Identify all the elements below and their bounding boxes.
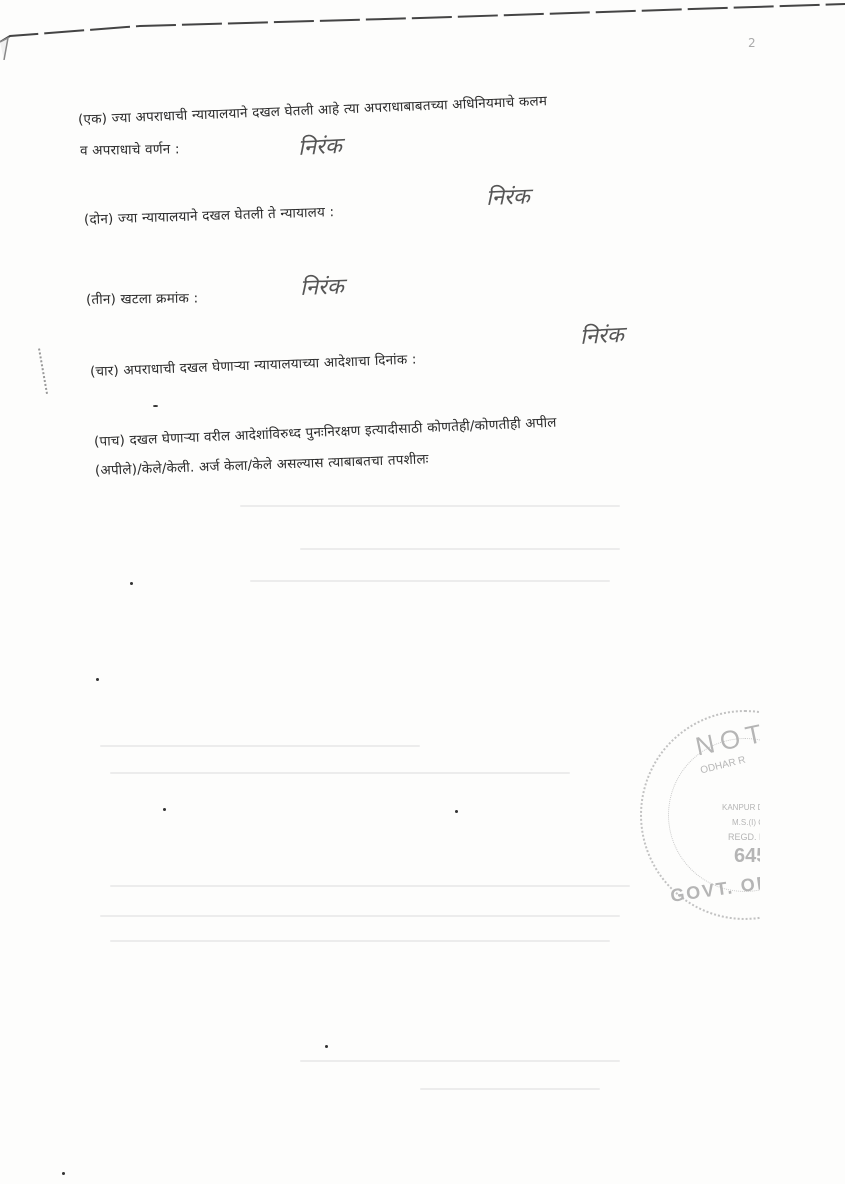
notary-stamp: NOTA ODHAR R KANPUR DI M.S.(I) Q REGD. N… [640,710,845,920]
item-3-line: (तीन) खटला क्रमांक : [86,288,199,308]
item-4-handwritten-answer: निरंक [579,319,624,351]
item-2-label: ज्या न्यायालयाने दखल घेतली ते न्यायालय : [118,204,335,227]
scan-speck [163,808,166,811]
item-4-line: (चार) अपराधाची दखल घेणाऱ्या न्यायालयाच्य… [90,349,417,380]
stamp-crop-edge [760,710,845,920]
item-5-label-continued: (अपीले)/केले/केली. अर्ज केला/केले असल्या… [95,451,429,479]
item-3-label: खटला क्रमांक : [120,290,198,307]
item-4-label: अपराधाची दखल घेणाऱ्या न्यायालयाच्या आदेश… [123,351,417,378]
bleed-through-line [100,915,620,917]
item-1-label-continued: व अपराधाचे वर्णन : [80,141,180,159]
bleed-through-line [300,1060,620,1062]
item-2-handwritten-answer: निरंक [485,180,530,212]
scan-speck [130,582,133,585]
item-1-handwritten-answer: निरंक [297,130,342,162]
bleed-through-line [100,745,420,747]
bleed-through-line [250,580,610,582]
item-1-line-1: (एक) ज्या अपराधाची न्यायालयाने दखल घेतली… [78,91,548,128]
item-4-number: (चार) [90,363,120,380]
bleed-through-line [300,548,620,550]
scan-speck [455,810,458,813]
item-5-label: दखल घेणाऱ्या वरील आदेशांविरुध्द पुनःनिरक… [129,415,557,449]
item-1-number: (एक) [78,111,108,128]
margin-dotted-mark [38,348,50,394]
bleed-through-line [110,940,610,942]
scan-speck [325,1045,328,1048]
scan-speck [62,1172,65,1175]
item-5-number: (पाच) [94,433,126,450]
page-marker: 2 [748,36,756,50]
item-5-line-2: (अपीले)/केले/केली. अर्ज केला/केले असल्या… [95,449,429,479]
folded-page-edge [0,0,845,60]
scan-speck [153,405,158,407]
bleed-through-line [110,772,570,774]
bleed-through-line [420,1088,600,1090]
scan-speck [96,678,99,681]
item-1-label: ज्या अपराधाची न्यायालयाने दखल घेतली आहे … [111,93,547,126]
item-5-line-1: (पाच) दखल घेणाऱ्या वरील आदेशांविरुध्द पु… [94,413,557,450]
item-2-number: (दोन) [84,211,114,228]
item-3-handwritten-answer: निरंक [299,270,344,302]
scanned-document-page: 2 (एक) ज्या अपराधाची न्यायालयाने दखल घेत… [0,0,845,1184]
bleed-through-line [110,885,630,887]
item-2-line: (दोन) ज्या न्यायालयाने दखल घेतली ते न्या… [84,202,335,228]
item-1-line-2: व अपराधाचे वर्णन : [80,139,180,159]
bleed-through-line [240,505,620,507]
item-3-number: (तीन) [86,292,116,308]
